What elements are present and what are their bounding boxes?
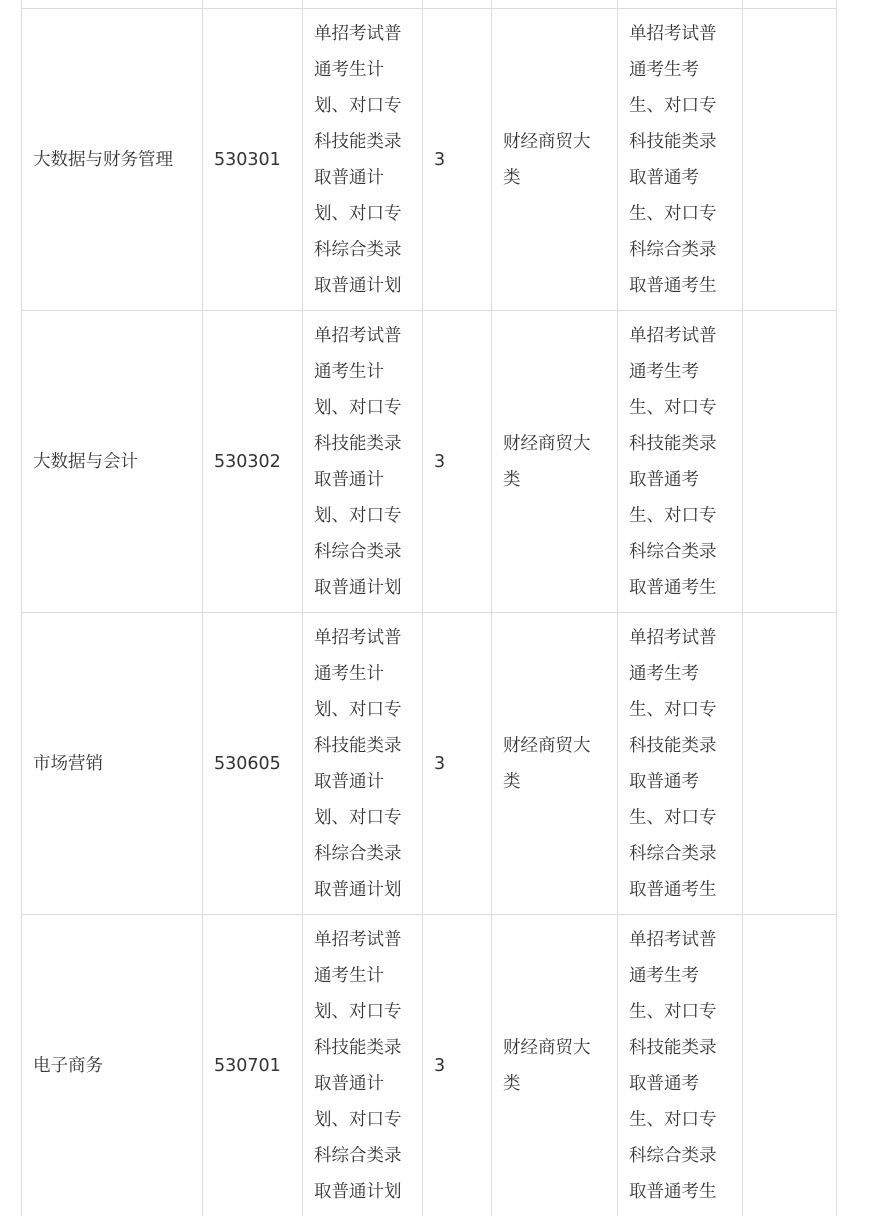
scope-cell: 单招考试普通考生考生、对口专科技能类录取普通考生、对口专科综合类录取普通考生 [618, 9, 743, 311]
scope-cell: 单招考试普通考生考生、对口专科技能类录取普通考生、对口专科综合类录取普通考生 [618, 915, 743, 1216]
scope-cell: 单招考试普通考生考生、对口专科技能类录取普通考生、对口专科综合类录取普通考生 [618, 613, 743, 915]
years-cell: 3 [423, 9, 492, 311]
plan-cell: 单招考试普通考生计划、对口专科技能类录取普通计划、对口专科综合类录取普通计划 [303, 613, 423, 915]
plan-cell: 单招考试普通考生计划、对口专科技能类录取普通计划、对口专科综合类录取普通计划 [303, 915, 423, 1216]
major-table: 大数据与财务管理 530301 单招考试普通考生计划、对口专科技能类录取普通计划… [21, 0, 837, 1216]
major-cell: 大数据与财务管理 [22, 9, 203, 311]
years-cell: 3 [423, 613, 492, 915]
code-cell: 530301 [203, 9, 303, 311]
plan-cell [303, 0, 423, 9]
plan-cell: 单招考试普通考生计划、对口专科技能类录取普通计划、对口专科综合类录取普通计划 [303, 9, 423, 311]
table-row: 大数据与会计 530302 单招考试普通考生计划、对口专科技能类录取普通计划、对… [22, 311, 837, 613]
note-cell [743, 9, 837, 311]
table-row: 电子商务 530701 单招考试普通考生计划、对口专科技能类录取普通计划、对口专… [22, 915, 837, 1216]
category-cell: 财经商贸大类 [492, 915, 618, 1216]
code-cell [203, 0, 303, 9]
scope-cell [618, 0, 743, 9]
code-cell: 530701 [203, 915, 303, 1216]
note-cell [743, 311, 837, 613]
years-cell: 3 [423, 915, 492, 1216]
years-cell: 3 [423, 311, 492, 613]
table-row: 大数据与财务管理 530301 单招考试普通考生计划、对口专科技能类录取普通计划… [22, 9, 837, 311]
scope-cell: 单招考试普通考生考生、对口专科技能类录取普通考生、对口专科综合类录取普通考生 [618, 311, 743, 613]
note-cell [743, 0, 837, 9]
major-cell: 电子商务 [22, 915, 203, 1216]
major-cell [22, 0, 203, 9]
category-cell: 财经商贸大类 [492, 613, 618, 915]
note-cell [743, 915, 837, 1216]
table-row [22, 0, 837, 9]
plan-cell: 单招考试普通考生计划、对口专科技能类录取普通计划、对口专科综合类录取普通计划 [303, 311, 423, 613]
category-cell: 财经商贸大类 [492, 311, 618, 613]
code-cell: 530605 [203, 613, 303, 915]
table-row: 市场营销 530605 单招考试普通考生计划、对口专科技能类录取普通计划、对口专… [22, 613, 837, 915]
major-cell: 大数据与会计 [22, 311, 203, 613]
years-cell [423, 0, 492, 9]
major-cell: 市场营销 [22, 613, 203, 915]
category-cell [492, 0, 618, 9]
category-cell: 财经商贸大类 [492, 9, 618, 311]
code-cell: 530302 [203, 311, 303, 613]
note-cell [743, 613, 837, 915]
